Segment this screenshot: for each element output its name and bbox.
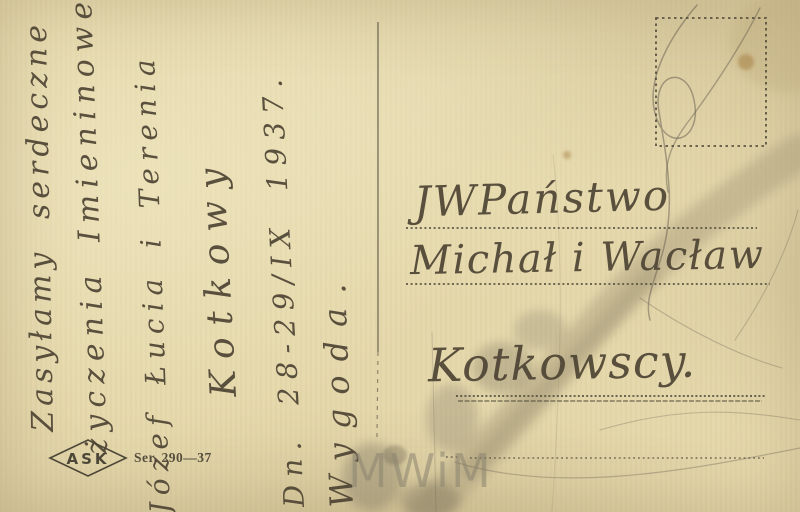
address-surname: Kotkowscy. — [428, 338, 697, 389]
postcard-back-scan: ASK Ser. 290—37 Zasyłamy serdeczne życze… — [0, 0, 800, 512]
divider-rule-faded — [377, 352, 378, 437]
archive-watermark: MWiM — [348, 444, 493, 498]
pencil-curve — [455, 448, 800, 478]
pencil-curve — [600, 412, 800, 430]
message-greeting-line-1: Zasyłamy serdeczne — [21, 47, 59, 432]
address-salutation: JWPaństwo — [413, 175, 670, 224]
pencil-scribble-stamp-area — [666, 8, 760, 192]
address-first-names: Michał i Wacław — [410, 235, 765, 281]
